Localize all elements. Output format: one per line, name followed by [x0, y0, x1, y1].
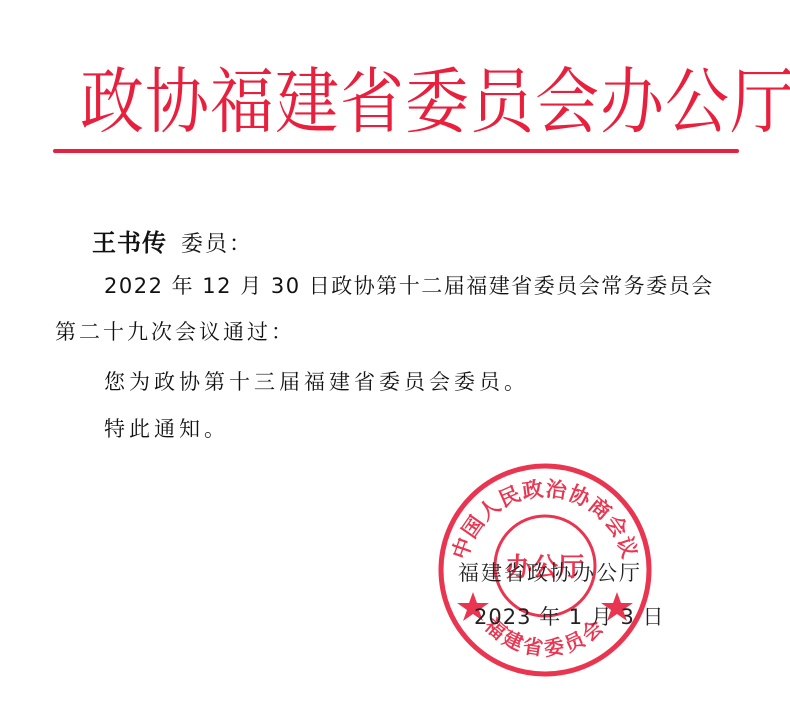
- signature-date: 2023 年 1 月 3 日: [474, 601, 665, 631]
- document-page: 政协福建省委员会办公厅 王书传委员： 2022 年 12 月 30 日政协第十二…: [0, 0, 790, 708]
- body-paragraph-1-line-1: 2022 年 12 月 30 日政协第十二届福建省委员会常务委员会: [104, 270, 714, 300]
- body-paragraph-1-line-2: 第二十九次会议通过：: [55, 316, 295, 346]
- masthead-title: 政协福建省委员会办公厅: [80, 58, 720, 148]
- masthead-red-rule: [53, 149, 739, 153]
- body-paragraph-2: 您为政协第十三届福建省委员会委员。: [104, 366, 529, 396]
- recipient-name: 王书传: [92, 229, 167, 257]
- signature-organization: 福建省政协办公厅: [458, 557, 642, 587]
- recipient-title: 委员：: [181, 232, 253, 257]
- salutation: 王书传委员：: [92, 223, 253, 258]
- closing-line: 特此通知。: [104, 413, 229, 443]
